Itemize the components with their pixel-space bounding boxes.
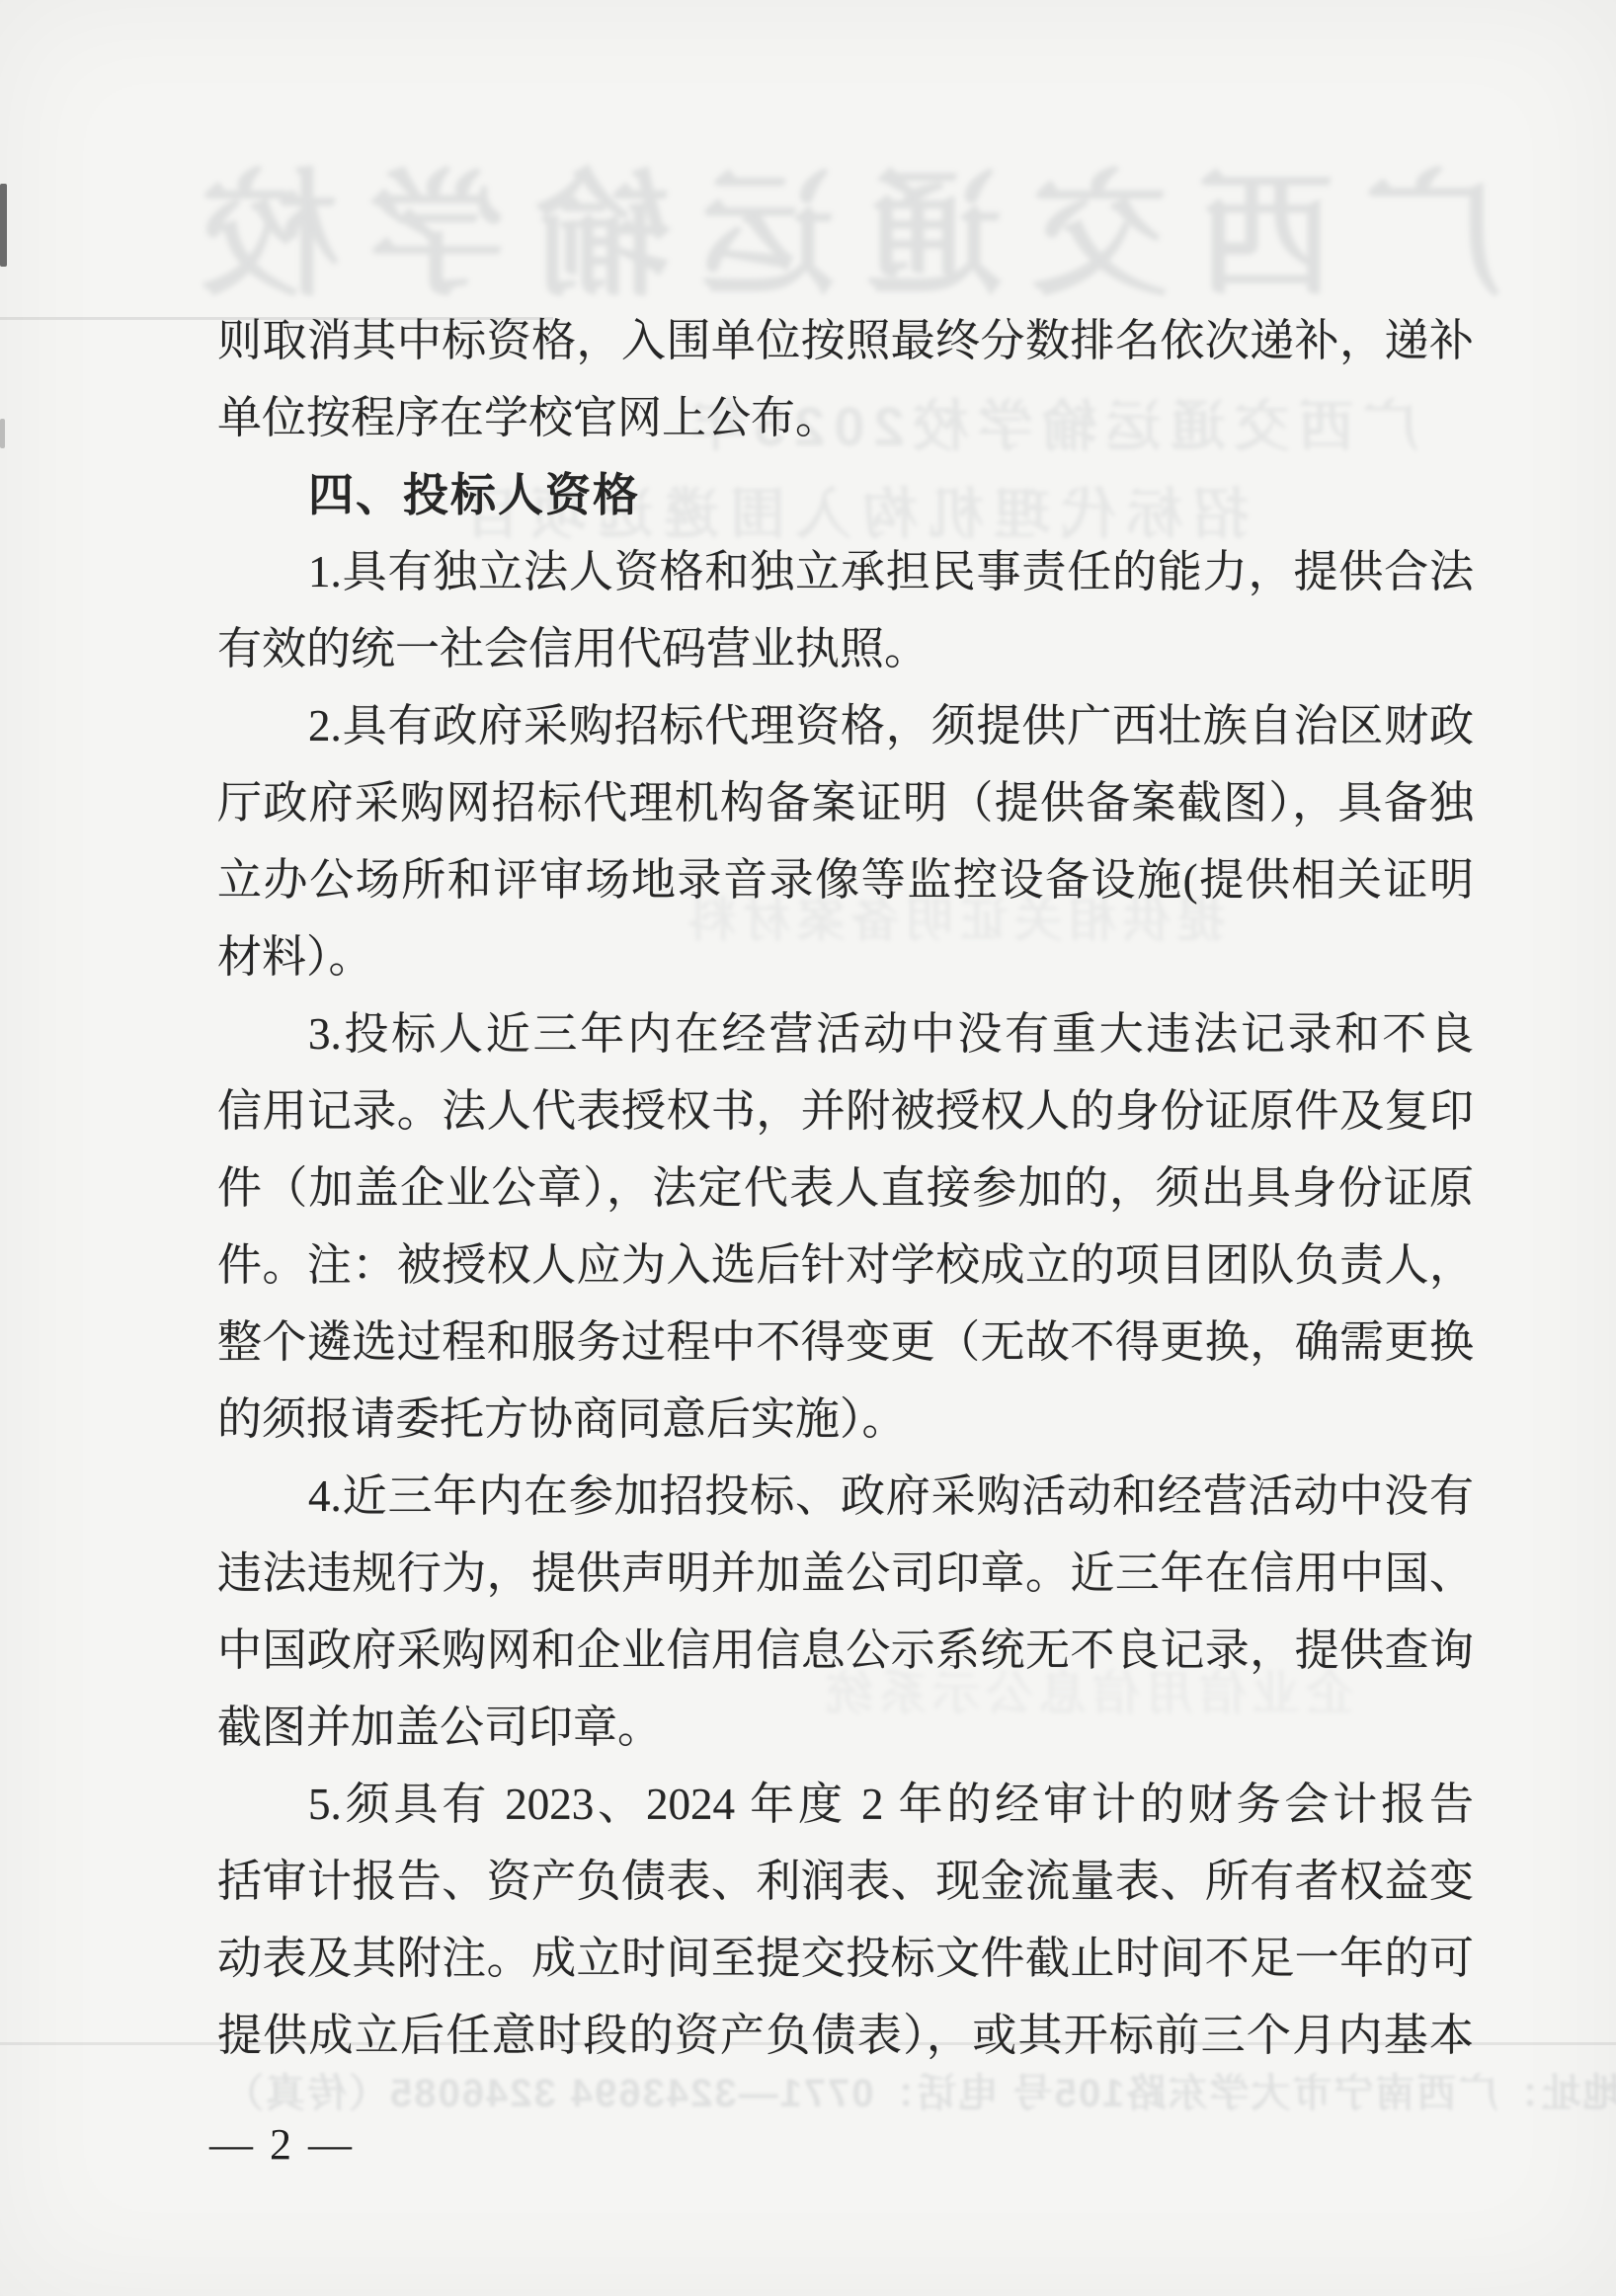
text-line: 材料）。 [217, 918, 1474, 995]
text-line: 中国政府采购网和企业信用信息公示系统无不良记录，提供查询 [217, 1612, 1474, 1689]
scan-edge-artifact [0, 184, 7, 267]
text-line: 厅政府采购网招标代理机构备案证明（提供备案截图），具备独 [217, 764, 1474, 841]
scan-edge-artifact [0, 419, 5, 448]
text-line: 截图并加盖公司印章。 [217, 1689, 1474, 1766]
text-block: 则取消其中标资格，入围单位按照最终分数排名依次递补，递补单位按程序在学校官网上公… [217, 302, 1474, 2074]
text-line: 2.具有政府采购招标代理资格，须提供广西壮族自治区财政 [217, 687, 1474, 764]
text-line: 1.具有独立法人资格和独立承担民事责任的能力，提供合法 [217, 533, 1474, 610]
text-line: 件。注：被授权人应为入选后针对学校成立的项目团队负责人， [217, 1227, 1474, 1304]
document-page: 广西交通运输学校 广西交通运输学校2025年 招标代理机构入围遴选项目 提供相关… [0, 0, 1616, 2296]
page-number: — 2 — [209, 2119, 355, 2170]
section-heading: 四、投标人资格 [217, 456, 1474, 533]
text-line: 件（加盖企业公章），法定代表人直接参加的，须出具身份证原 [217, 1149, 1474, 1227]
text-line: 整个遴选过程和服务过程中不得变更（无故不得更换，确需更换 [217, 1304, 1474, 1381]
text-line: 单位按程序在学校官网上公布。 [217, 379, 1474, 456]
text-line: 违法违规行为，提供声明并加盖公司印章。近三年在信用中国、 [217, 1535, 1474, 1612]
text-line: 则取消其中标资格，入围单位按照最终分数排名依次递补，递补 [217, 302, 1474, 379]
text-line: 括审计报告、资产负债表、利润表、现金流量表、所有者权益变 [217, 1843, 1474, 1920]
text-line: 3.投标人近三年内在经营活动中没有重大违法记录和不良 [217, 995, 1474, 1072]
bleedthrough-title: 广西交通运输学校 [173, 126, 1500, 322]
text-line: 5.须具有 2023、2024 年度 2 年的经审计的财务会计报告（包 [217, 1766, 1474, 1843]
text-line: 信用记录。法人代表授权书，并附被授权人的身份证原件及复印 [217, 1072, 1474, 1149]
text-line: 有效的统一社会信用代码营业执照。 [217, 610, 1474, 687]
text-line: 的须报请委托方协商同意后实施）。 [217, 1381, 1474, 1458]
text-line: 动表及其附注。成立时间至提交投标文件截止时间不足一年的可 [217, 1920, 1474, 1997]
text-line: 立办公场所和评审场地录音录像等监控设备设施(提供相关证明 [217, 841, 1474, 918]
text-line: 提供成立后任意时段的资产负债表），或其开标前三个月内基本 [217, 1997, 1474, 2074]
text-line: 4.近三年内在参加招投标、政府采购活动和经营活动中没有 [217, 1458, 1474, 1535]
